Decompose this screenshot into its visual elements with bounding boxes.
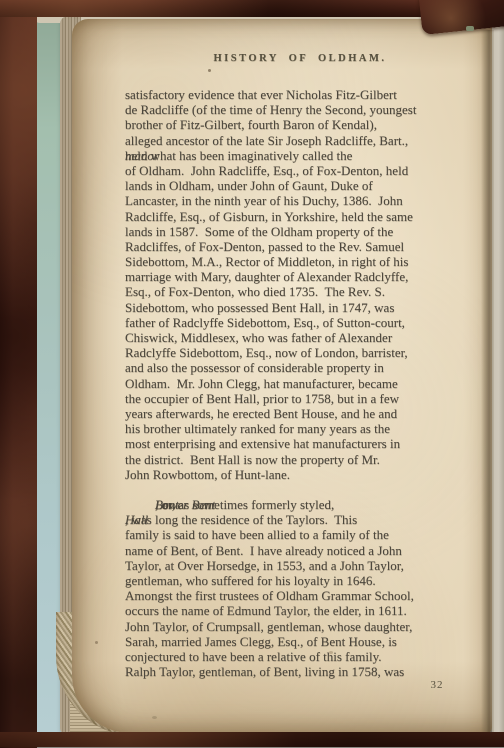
text-line: marriage with Mary, daughter of Alexande… bbox=[125, 269, 475, 284]
text-segment: Radclyffe Sidebottom, Esq., now of Londo… bbox=[125, 345, 408, 360]
text-segment: father of Radclyffe Sidebottom, Esq., of… bbox=[125, 315, 405, 330]
running-header: HISTORY OF OLDHAM. bbox=[125, 53, 475, 64]
text-segment: Amongst the first trustees of Oldham Gra… bbox=[125, 588, 414, 603]
text-line: the occupier of Bent Hall, prior to 1758… bbox=[125, 391, 475, 406]
text-line: conjectured to have been a relative of t… bbox=[125, 649, 475, 664]
text-segment: and also the possessor of considerable p… bbox=[125, 360, 384, 375]
text-segment: the district. Bent Hall is now the prope… bbox=[125, 452, 380, 467]
page-number: 32 bbox=[421, 679, 453, 691]
italic-text: Bent bbox=[155, 497, 179, 512]
page-text: satisfactory evidence that ever Nicholas… bbox=[125, 87, 475, 679]
text-line: name of Bent, of Bent. I have already no… bbox=[125, 543, 475, 558]
text-line: Sarah, married James Clegg, Esq., of Ben… bbox=[125, 634, 475, 649]
text-line: Amongst the first trustees of Oldham Gra… bbox=[125, 588, 475, 603]
text-line: Radcliffes, of Fox-Denton, passed to the… bbox=[125, 239, 475, 254]
text-segment: the occupier of Bent Hall, prior to 1758… bbox=[125, 391, 399, 406]
text-segment: Taylor, at Over Horsedge, in 1553, and a… bbox=[125, 558, 404, 573]
text-segment: brother of Fitz-Gilbert, fourth Baron of… bbox=[125, 117, 377, 132]
text-line: Sidebottom, M.A., Rector of Middleton, i… bbox=[125, 254, 475, 269]
text-segment: marriage with Mary, daughter of Alexande… bbox=[125, 269, 408, 284]
text-segment: Radcliffes, of Fox-Denton, passed to the… bbox=[125, 239, 404, 254]
book-photo: HISTORY OF OLDHAM. satisfactory evidence… bbox=[0, 0, 504, 748]
text-segment: name of Bent, of Bent. I have already no… bbox=[125, 543, 402, 558]
text-line: John Rowbottom, of Hunt-lane. bbox=[125, 467, 475, 482]
text-line: lands in Oldham, under John of Gaunt, Du… bbox=[125, 178, 475, 193]
text-line: most enterprising and extensive hat manu… bbox=[125, 436, 475, 451]
text-segment: alleged ancestor of the late Sir Joseph … bbox=[125, 133, 408, 148]
text-line: de Radcliffe (of the time of Henry the S… bbox=[125, 102, 475, 117]
text-segment: John Rowbottom, of Hunt-lane. bbox=[125, 467, 290, 482]
ink-speck bbox=[95, 641, 98, 644]
text-line: lands in 1587. Some of the Oldham proper… bbox=[125, 224, 475, 239]
text-line: Oldham. Mr. John Clegg, hat manufacturer… bbox=[125, 376, 475, 391]
text-line: Ralph Taylor, gentleman, of Bent, living… bbox=[125, 664, 475, 679]
text-segment: , was long the residence of the Taylors.… bbox=[125, 512, 357, 527]
text-segment: Oldham. Mr. John Clegg, hat manufacturer… bbox=[125, 376, 398, 391]
ink-speck bbox=[208, 69, 211, 72]
text-line: and also the possessor of considerable p… bbox=[125, 360, 475, 375]
ink-speck bbox=[152, 716, 157, 719]
text-segment: lands in Oldham, under John of Gaunt, Du… bbox=[125, 178, 373, 193]
text-line: of Oldham. John Radcliffe, Esq., of Fox-… bbox=[125, 163, 475, 178]
text-segment: , or, as sometimes formerly styled, bbox=[155, 497, 338, 512]
text-line: brother of Fitz-Gilbert, fourth Baron of… bbox=[125, 117, 475, 132]
text-line: father of Radclyffe Sidebottom, Esq., of… bbox=[125, 315, 475, 330]
text-segment: of Oldham. John Radcliffe, Esq., of Fox-… bbox=[125, 163, 408, 178]
text-line: Lower Bent, or, as sometimes formerly st… bbox=[125, 497, 475, 512]
text-segment: de Radcliffe (of the time of Henry the S… bbox=[125, 102, 416, 117]
paragraph-gap bbox=[125, 482, 475, 497]
text-segment: Sidebottom, M.A., Rector of Middleton, i… bbox=[125, 254, 408, 269]
text-segment: Radcliffe, Esq., of Gisburn, in Yorkshir… bbox=[125, 209, 413, 224]
text-line: gentleman, who suffered for his loyalty … bbox=[125, 573, 475, 588]
text-line: Esq., of Fox-Denton, who died 1735. The … bbox=[125, 284, 475, 299]
text-line: alleged ancestor of the late Sir Joseph … bbox=[125, 133, 475, 148]
text-segment: Lancaster, in the ninth year of his Duch… bbox=[125, 193, 403, 208]
text-line: Sidebottom, who possessed Bent Hall, in … bbox=[125, 300, 475, 315]
text-line: Lancaster, in the ninth year of his Duch… bbox=[125, 193, 475, 208]
text-segment: Sarah, married James Clegg, Esq., of Ben… bbox=[125, 634, 397, 649]
text-segment: years afterwards, he erected Bent House,… bbox=[125, 406, 397, 421]
italic-text: manor bbox=[125, 148, 159, 163]
text-segment: his brother ultimately ranked for many y… bbox=[125, 421, 390, 436]
binding-bottom bbox=[0, 732, 504, 747]
text-segment: Ralph Taylor, gentleman, of Bent, living… bbox=[125, 664, 404, 679]
text-segment: held what has been imaginatively called … bbox=[125, 148, 356, 163]
text-segment: most enterprising and extensive hat manu… bbox=[125, 436, 400, 451]
text-line: his brother ultimately ranked for many y… bbox=[125, 421, 475, 436]
text-line: years afterwards, he erected Bent House,… bbox=[125, 406, 475, 421]
ink-speck bbox=[329, 651, 333, 654]
text-line: held what has been imaginatively called … bbox=[125, 148, 475, 163]
leather-fragment bbox=[466, 26, 474, 31]
text-segment: family is said to have been allied to a … bbox=[125, 527, 389, 542]
text-segment: satisfactory evidence that ever Nicholas… bbox=[125, 87, 397, 102]
text-segment: Sidebottom, who possessed Bent Hall, in … bbox=[125, 300, 394, 315]
text-line: occurs the name of Edmund Taylor, the el… bbox=[125, 603, 475, 618]
text-segment: gentleman, who suffered for his loyalty … bbox=[125, 573, 376, 588]
text-line: Chiswick, Middlesex, who was father of A… bbox=[125, 330, 475, 345]
text-segment: John Taylor, of Crumpsall, gentleman, wh… bbox=[125, 619, 412, 634]
text-segment: Esq., of Fox-Denton, who died 1735. The … bbox=[125, 284, 385, 299]
text-line: satisfactory evidence that ever Nicholas… bbox=[125, 87, 475, 102]
text-line: the district. Bent Hall is now the prope… bbox=[125, 452, 475, 467]
text-line: Taylor, at Over Horsedge, in 1553, and a… bbox=[125, 558, 475, 573]
text-segment: Chiswick, Middlesex, who was father of A… bbox=[125, 330, 392, 345]
text-line: family is said to have been allied to a … bbox=[125, 527, 475, 542]
text-segment: occurs the name of Edmund Taylor, the el… bbox=[125, 603, 407, 618]
text-line: John Taylor, of Crumpsall, gentleman, wh… bbox=[125, 619, 475, 634]
text-segment: lands in 1587. Some of the Oldham proper… bbox=[125, 224, 393, 239]
text-line: Hall, was long the residence of the Tayl… bbox=[125, 512, 475, 527]
page-edge-crease bbox=[481, 30, 494, 736]
text-segment: conjectured to have been a relative of t… bbox=[125, 649, 382, 664]
binding-left bbox=[0, 0, 37, 748]
text-line: Radcliffe, Esq., of Gisburn, in Yorkshir… bbox=[125, 209, 475, 224]
text-line: Radclyffe Sidebottom, Esq., now of Londo… bbox=[125, 345, 475, 360]
